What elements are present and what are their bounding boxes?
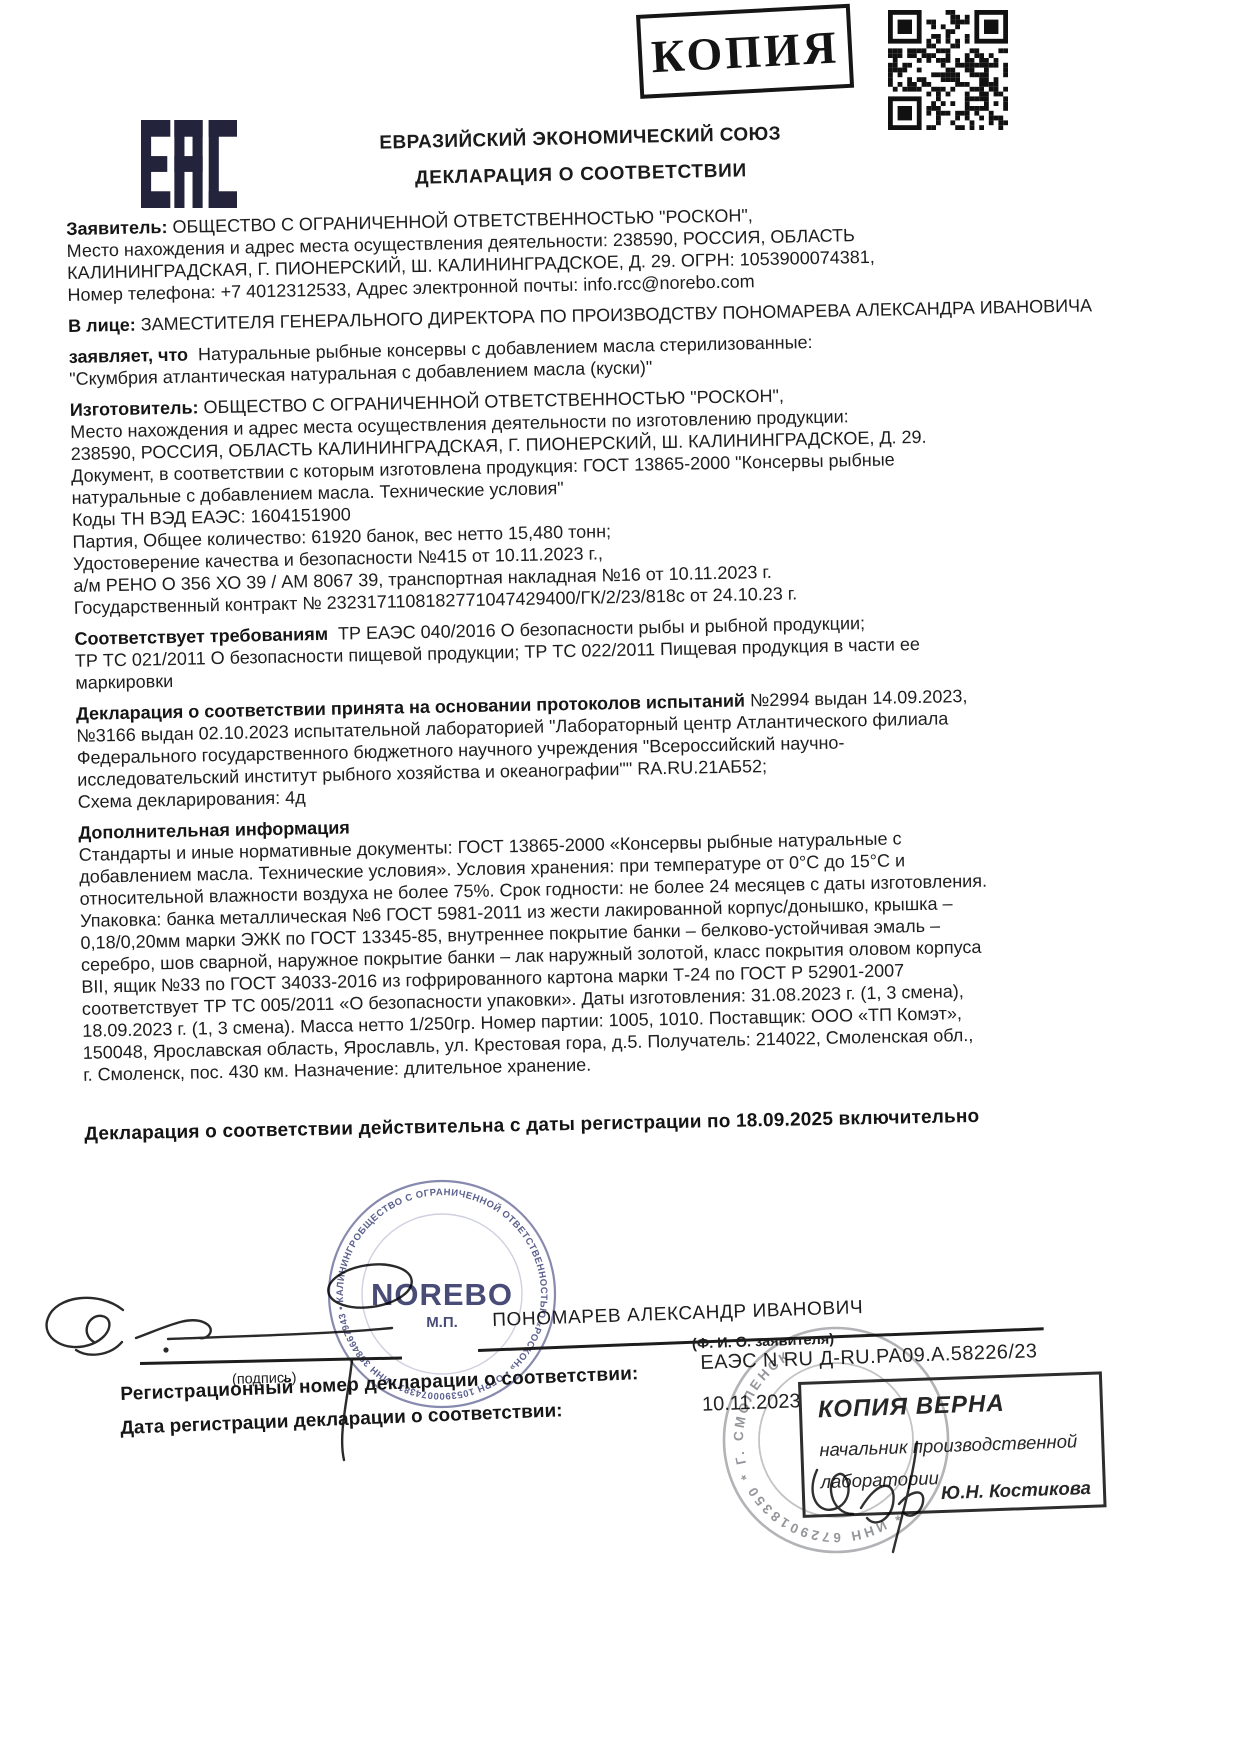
copy-stamp-text: КОПИЯ [650, 20, 840, 83]
norebo-stamp-name: NOREBO [371, 1277, 513, 1312]
compliance-text: ТР ЕАЭС 040/2016 О безопасности рыбы и р… [75, 613, 920, 693]
additional-info-text: Стандарты и иные нормативные документы: … [79, 828, 988, 1084]
representative-label: В лице: [68, 315, 136, 336]
declares-label: заявляет, что [69, 345, 189, 367]
union-title: ЕВРАЗИЙСКИЙ ЭКОНОМИЧЕСКИЙ СОЮЗ [230, 120, 930, 158]
manufacturer-text: ОБЩЕСТВО С ОГРАНИЧЕННОЙ ОТВЕТСТВЕННОСТЬЮ… [70, 386, 927, 618]
manufacturer-paragraph: Изготовитель: ОБЩЕСТВО С ОГРАНИЧЕННОЙ ОТ… [70, 377, 1192, 619]
applicant-text: ОБЩЕСТВО С ОГРАНИЧЕННОЙ ОТВЕТСТВЕННОСТЬЮ… [66, 205, 875, 305]
qr-code-icon [888, 10, 1008, 130]
declaration-document-page: КОПИЯ ЕВРАЗИЙСКИЙ ЭКОНОМИЧЕСКИЙ СОЮЗ ДЕК… [0, 0, 1240, 1754]
eac-logo [141, 120, 237, 208]
document-header: ЕВРАЗИЙСКИЙ ЭКОНОМИЧЕСКИЙ СОЮЗ ДЕКЛАРАЦИ… [230, 120, 931, 194]
norebo-stamp-mp: М.П. [426, 1314, 458, 1331]
document-title: ДЕКЛАРАЦИЯ О СООТВЕТСТВИИ [231, 156, 931, 194]
applicant-paragraph: Заявитель: ОБЩЕСТВО С ОГРАНИЧЕННОЙ ОТВЕТ… [66, 196, 1186, 306]
document-body: Заявитель: ОБЩЕСТВО С ОГРАНИЧЕННОЙ ОТВЕТ… [66, 196, 1202, 1146]
basis-paragraph: Декларация о соответствии принята на осн… [76, 680, 1196, 812]
additional-info-paragraph: Дополнительная информацияСтандарты и ины… [78, 799, 1201, 1085]
copy-stamp: КОПИЯ [636, 4, 854, 99]
compliance-paragraph: Соответствует требованиям ТР ЕАЭС 040/20… [74, 605, 1193, 693]
lab-chief-signature [795, 1438, 975, 1558]
compliance-label: Соответствует требованиям [74, 624, 328, 649]
validity-statement: Декларация о соответствии действительна … [84, 1101, 1202, 1145]
applicant-label: Заявитель: [66, 217, 168, 239]
manufacturer-label: Изготовитель: [70, 397, 199, 420]
copy-verna-title: КОПИЯ ВЕРНА [818, 1390, 1006, 1425]
